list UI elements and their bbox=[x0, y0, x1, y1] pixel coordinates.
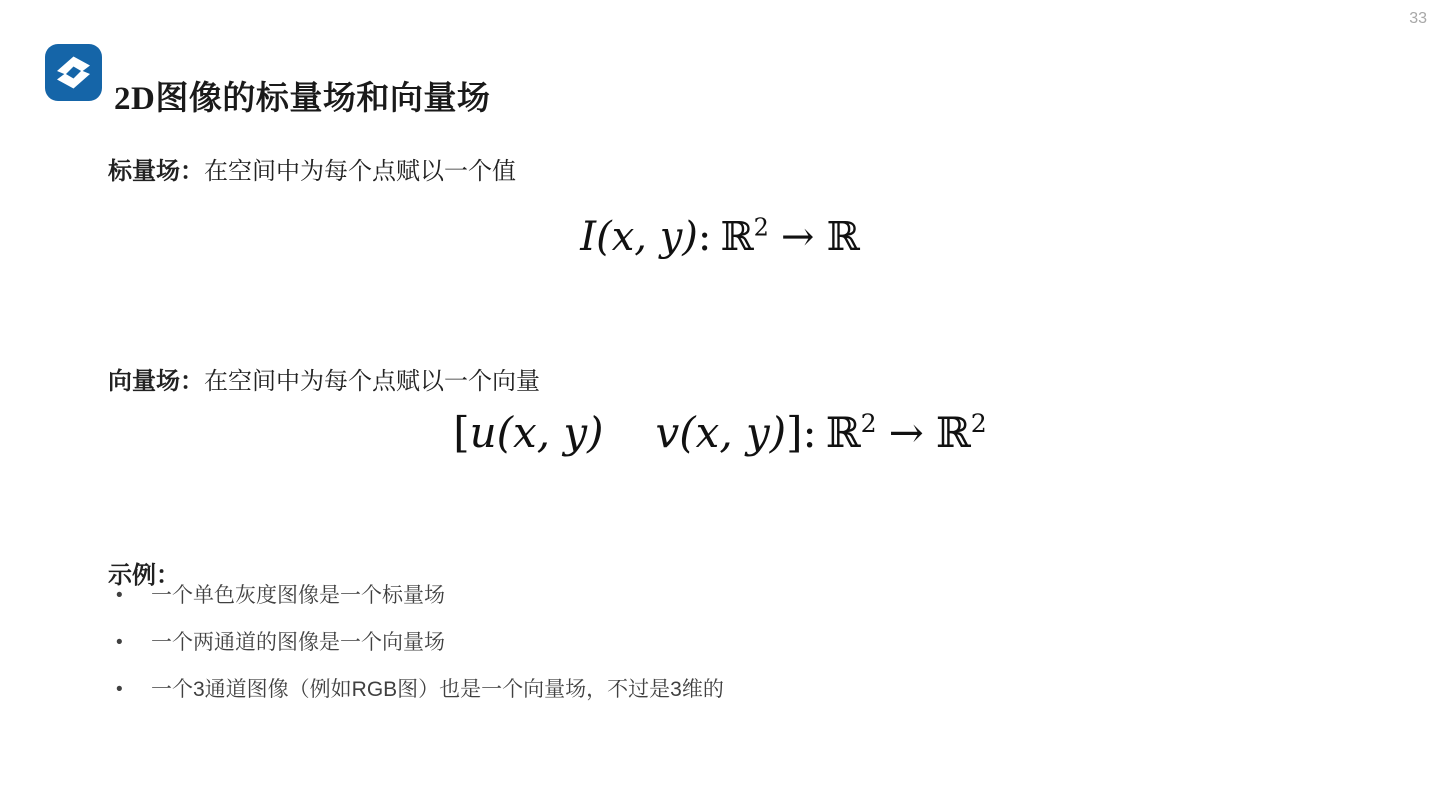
formula-scalar-arrow: → bbox=[781, 214, 815, 260]
formula-scalar-codomain: ℝ bbox=[826, 214, 859, 260]
formula-scalar-lhs: I(x, y) bbox=[580, 214, 698, 260]
page-number: 33 bbox=[1409, 10, 1427, 28]
list-item: 一个单色灰度图像是一个标量场 bbox=[114, 584, 724, 608]
scalar-field-text: 在空间中为每个点赋以一个值 bbox=[204, 158, 516, 185]
slide-title: 2D图像的标量场和向量场 bbox=[114, 72, 490, 119]
formula-vector-arrow: → bbox=[889, 408, 924, 457]
university-logo-icon bbox=[45, 44, 102, 101]
formula-scalar-domain: ℝ bbox=[720, 214, 753, 260]
formula-scalar-domain-exponent: 2 bbox=[754, 214, 769, 242]
formula-vector-u-component: u(x, y) bbox=[470, 408, 604, 457]
vector-field-definition: 向量场：在空间中为每个点赋以一个向量 bbox=[108, 361, 540, 396]
examples-list: 一个单色灰度图像是一个标量场 一个两通道的图像是一个向量场 一个3通道图像（例如… bbox=[114, 584, 724, 725]
vector-field-formula: [u(x, y)v(x, y)]:ℝ2→ℝ2 bbox=[0, 408, 1440, 457]
formula-vector-domain: ℝ bbox=[826, 408, 861, 457]
scalar-field-formula: I(x, y):ℝ2→ℝ bbox=[0, 214, 1440, 260]
formula-vector-v-component: v(x, y) bbox=[656, 408, 787, 457]
formula-vector-codomain: ℝ bbox=[936, 408, 971, 457]
formula-vector-colon: : bbox=[803, 408, 817, 457]
list-item: 一个两通道的图像是一个向量场 bbox=[114, 631, 724, 655]
formula-vector-codomain-exponent: 2 bbox=[971, 409, 987, 438]
scalar-field-definition: 标量场：在空间中为每个点赋以一个值 bbox=[108, 151, 516, 186]
scalar-field-label: 标量场： bbox=[108, 158, 204, 185]
formula-scalar-colon: : bbox=[698, 214, 711, 260]
slide: 33 2D图像的标量场和向量场 标量场：在空间中为每个点赋以一个值 I(x, y… bbox=[0, 0, 1440, 810]
list-item: 一个3通道图像（例如RGB图）也是一个向量场，不过是3维的 bbox=[114, 678, 724, 702]
formula-vector-domain-exponent: 2 bbox=[861, 409, 877, 438]
formula-vector-close-bracket: ] bbox=[786, 408, 802, 457]
vector-field-label: 向量场： bbox=[108, 368, 204, 395]
vector-field-text: 在空间中为每个点赋以一个向量 bbox=[204, 368, 540, 395]
formula-vector-open-bracket: [ bbox=[453, 408, 469, 457]
